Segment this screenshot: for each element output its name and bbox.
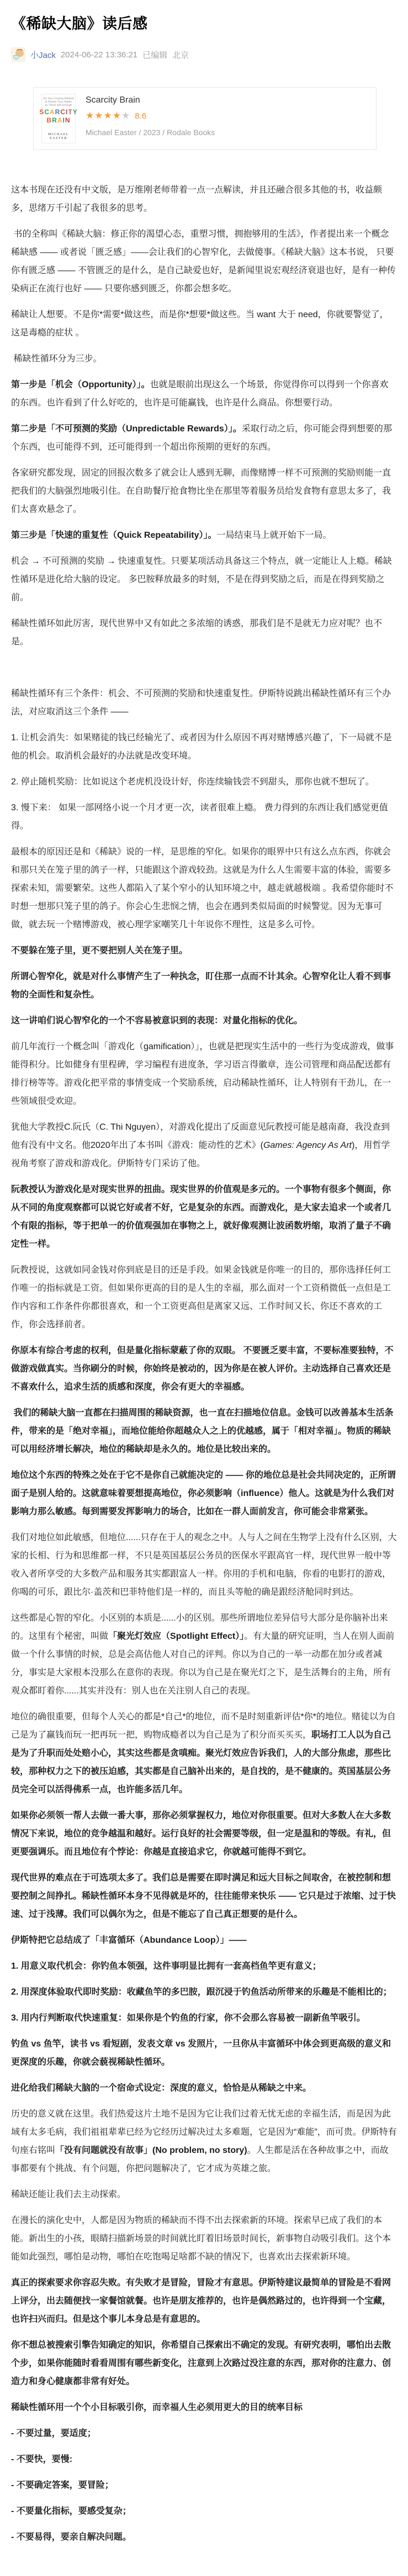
paragraph-text-run: 稀缺性循环有三个条件：机会、不可预测的奖励和快速重复性。伊斯特说跳出稀缺性循环有…	[11, 689, 391, 717]
paragraph: 书的全称叫《稀缺大脑：修正你的渴望心态，重塑习惯，拥抱够用的生活》，作者提出来一…	[11, 225, 397, 298]
post-location: 北京	[172, 49, 189, 61]
paragraph-text-run: 一局结束马上就开始下一局。	[217, 531, 332, 540]
paragraph: 历史的意义就在这里。我们热爱这片土地不是因为它让我们过着无忧无虑的幸福生活，而是…	[11, 2105, 397, 2178]
paragraph: 机会 → 不可预测的奖励 → 快速重复性。只要某项活动具备这三个特点，就一定能让…	[11, 552, 397, 607]
paragraph-bold-run: 如果你必须领一帮人去做一番大事，那你必须掌握权力，地位对你很重要。但对大多数人在…	[11, 1811, 391, 1857]
paragraph-text-run: 最根本的原因还是和《稀缺》说的一样，是思维的窄化。如果你的眼界中只有这么点东西，…	[11, 847, 393, 929]
paragraph: 前几年流行一个概念叫「游戏化（gamification）」，也就是把现实生活中的…	[11, 1038, 397, 1110]
paragraph: 在漫长的演化史中，人都是因为物质的稀缺而不得不出去探索新的环境。探索早已成了我们…	[11, 2211, 397, 2266]
paragraph: 我们对地位如此敏感，但地位......只存在于人的观念之中。人与人之间在生物学上…	[11, 1529, 397, 1601]
paragraph-text-run: 3. 慢下来： 如果一部网络小说一个月才更一次，读者很难上瘾。 费力得到的东西让…	[11, 803, 388, 831]
paragraph-text-run: 前几年流行一个概念叫「游戏化（gamification）」，也就是把现实生活中的…	[11, 1042, 394, 1106]
book-cover: Fix Your Craving Mindset & Rewire Your H…	[41, 94, 76, 143]
article-page: 《稀缺大脑》读后感 小Jack 2024-06-22 13:36:21 已编辑 …	[0, 0, 408, 2576]
book-title[interactable]: Scarcity Brain	[86, 95, 215, 106]
paragraph-bold-run: 稀缺性循环用一个个小目标吸引你，而幸福人生必须用更大的目的统率目标	[11, 2403, 303, 2412]
paragraph: - 不要量化指标，要感受复杂；	[11, 2502, 397, 2520]
paragraph: 稀缺性循环分为三步。	[11, 350, 397, 368]
paragraph-bold-run: 1. 用意义取代机会：你钓鱼本领强，这件事明显比拥有一套高档鱼竿更有意义；	[11, 1962, 321, 1971]
paragraph-bold-run: 所谓心智窄化，就是对什么事情产生了一种执念，盯住那一点而不计其余。心智窄化让人看…	[11, 972, 391, 1000]
paragraph-text-run: 书的全称叫《稀缺大脑：修正你的渴望心态，重塑习惯，拥抱够用的生活》，作者提出来一…	[11, 229, 396, 293]
paragraph: - 不要易得，要亲自解决问题。	[11, 2528, 397, 2546]
paragraph-bold-run: 钓鱼 vs 鱼竿，读书 vs 看短剧，发表文章 vs 发照片，一旦你从丰富循环中…	[11, 2039, 391, 2067]
book-card[interactable]: Fix Your Craving Mindset & Rewire Your H…	[33, 87, 377, 150]
paragraph: 1. 让机会消失：如果赌徒的钱已经输光了、或者因为什么原因不再对赌博感兴趣了，下…	[11, 729, 397, 765]
paragraph: 稀缺让人想要。不是你*需要*做这些，而是你*想要*做这些。当 want 大于 n…	[11, 306, 397, 342]
paragraph-spacer	[11, 659, 397, 677]
star-full-icon: ★	[113, 110, 121, 121]
paragraph-bold-run: 2. 用深度体验取代即时奖励：收藏鱼竿的多巴胺，跟沉浸于钓鱼活动所带来的乐趣是不…	[11, 1987, 392, 1997]
paragraph-text-run: 2. 停止随机奖励：比如说这个老虎机没设计好，你连续输钱尝不到甜头，那你也就不想…	[11, 777, 374, 787]
paragraph: 稀缺性循环用一个个小目标吸引你，而幸福人生必须用更大的目的统率目标	[11, 2398, 397, 2417]
paragraph-text-run: 我们对地位如此敏感，但地位......只存在于人的观念之中。人与人之间在生物学上…	[11, 1533, 397, 1597]
paragraph-bold-run: 第一步是「机会（Opportunity）」。	[11, 380, 150, 389]
paragraph-bold-run: 「聚光灯效应（Spotlight Effect）」	[108, 1632, 244, 1641]
cover-word-brain: BRAIN	[46, 116, 70, 125]
star-full-icon: ★	[94, 110, 103, 121]
book-info: Scarcity Brain ★★★★★ 8.6 Michael Easter …	[86, 94, 215, 143]
star-rating: ★★★★★	[86, 111, 130, 121]
cover-subtitle-line: to Thrive with Enough	[45, 104, 72, 107]
paragraph-bold-run: 我们的稀缺大脑一直都在扫描周围的稀缺资源，也一直在扫描地位信息。金钱可以改善基本…	[11, 1408, 393, 1454]
paragraph-bold-run: 你原本有综合考虑的权利，但是量化指标蒙蔽了你的双眼。 不要匮乏要丰富，不要标准要…	[11, 1346, 393, 1392]
paragraph-bold-run: 现代世界的难点在于可选项太多了。我们总是需要在即时满足和远大目标之间取舍，在被控…	[11, 1873, 396, 1919]
paragraph: 我们的稀缺大脑一直都在扫描周围的稀缺资源，也一直在扫描地位信息。金钱可以改善基本…	[11, 1404, 397, 1458]
cover-word-scarcity: SCARCITY	[39, 108, 77, 116]
paragraph-text-run: 稀缺性循环如此厉害，现代世界中又有如此之多浓缩的诱惑，那我们是不是就无力应对呢？…	[11, 619, 382, 646]
paragraph-bold-run: 伊斯特把它总结成了「丰富循环（Abundance Loop）」——	[11, 1936, 247, 1945]
paragraph-bold-run: 这一讲咱们说心智窄化的一个不容易被意识到的表现：对量化指标的优化。	[11, 1016, 303, 1025]
paragraph-bold-run: 第二步是「不可预测的奖励（Unpredictable Rewards）」。	[11, 424, 242, 434]
paragraph: 进化给我们稀缺大脑的一个宿命式设定：深度的意义，恰恰是从稀缺之中来。	[11, 2079, 397, 2097]
paragraph: 稀缺还能让我们去主动探索。	[11, 2185, 397, 2204]
post-meta: 小Jack 2024-06-22 13:36:21 已编辑 北京	[11, 47, 397, 62]
paragraph: 地位这个东西的特殊之处在于它不是你自己就能决定的 —— 你的地位总是社会共同决定…	[11, 1466, 397, 1521]
page-title: 《稀缺大脑》读后感	[11, 13, 397, 34]
paragraph-bold-run: - 不要过量，要适度；	[11, 2429, 96, 2438]
paragraph: 你原本有综合考虑的权利，但是量化指标蒙蔽了你的双眼。 不要匮乏要丰富，不要标准要…	[11, 1342, 397, 1396]
paragraph: - 不要快，要慢:	[11, 2450, 397, 2468]
paragraph-text-run: 1. 让机会消失：如果赌徒的钱已经输光了、或者因为什么原因不再对赌博感兴趣了，下…	[11, 733, 392, 761]
paragraph: 不要躲在笼子里，更不要把别人关在笼子里。	[11, 942, 397, 960]
paragraph: 如果你必须领一帮人去做一番大事，那你必须掌握权力，地位对你很重要。但对大多数人在…	[11, 1807, 397, 1861]
paragraph-bold-run: 阮教授认为游戏化是对现实世界的扭曲。现实世界的价值观是多元的。一个事物有很多个侧…	[11, 1185, 391, 1249]
paragraph-italic-run: Games: Agency As Art	[263, 1141, 352, 1150]
paragraph-text-run: 这本书现在还没有中文版，是万维刚老师带着一点一点解读，并且还融合很多其他的书，收…	[11, 185, 382, 213]
paragraph: 阮教授说，这就如同金钱对你到底是目的还是手段。如果金钱就是你唯一的目的，那你选择…	[11, 1261, 397, 1334]
avatar[interactable]	[11, 47, 25, 62]
cover-author: MICHAEL EASTER	[48, 133, 69, 141]
article-body: 这本书现在还没有中文版，是万维刚老师带着一点一点解读，并且还融合很多其他的书，收…	[11, 181, 397, 2546]
paragraph: 真正的探索要求你容忍失败。有失败才是冒险，冒险才有意思。伊斯特建议最简单的冒险是…	[11, 2274, 397, 2328]
paragraph: - 不要确定答案，要冒险；	[11, 2476, 397, 2494]
paragraph: 钓鱼 vs 鱼竿，读书 vs 看短剧，发表文章 vs 发照片，一旦你从丰富循环中…	[11, 2035, 397, 2071]
paragraph: 地位的确很重要，但每个人关心的都是*自己*的地位，而不是时刻重新评估*你*的地位…	[11, 1708, 397, 1799]
paragraph-bold-run: 职场打工人以为自己是为了升职而处处赔小心，其实这些都是贪嗔痴。聚光灯效应告诉我们…	[11, 1730, 391, 1794]
paragraph-text-run: 阮教授说，这就如同金钱对你到底是目的还是手段。如果金钱就是你唯一的目的，那你选择…	[11, 1265, 391, 1329]
paragraph-bold-run: 真正的探索要求你容忍失败。有失败才是冒险，冒险才有意思。伊斯特建议最简单的冒险是…	[11, 2278, 391, 2324]
paragraph-text-run: 稀缺性循环分为三步。	[11, 354, 102, 364]
post-timestamp: 2024-06-22 13:36:21	[61, 50, 137, 60]
paragraph: 犹他大学教授C.阮氏（C. Thi Nguyen），对游戏化提出了反面意见阮教授…	[11, 1118, 397, 1173]
paragraph: 2. 停止随机奖励：比如说这个老虎机没设计好，你连续输钱尝不到甜头，那你也就不想…	[11, 773, 397, 791]
author-link[interactable]: 小Jack	[30, 49, 56, 61]
paragraph: 阮教授认为游戏化是对现实世界的扭曲。现实世界的价值观是多元的。一个事物有很多个侧…	[11, 1180, 397, 1253]
paragraph: 这本书现在还没有中文版，是万维刚老师带着一点一点解读，并且还融合很多其他的书，收…	[11, 181, 397, 217]
paragraph: - 不要过量，要适度；	[11, 2424, 397, 2443]
star-full-icon: ★	[86, 110, 94, 121]
paragraph: 所谓心智窄化，就是对什么事情产生了一种执念，盯住那一点而不计其余。心智窄化让人看…	[11, 968, 397, 1004]
paragraph-bold-run: - 不要量化指标，要感受复杂；	[11, 2506, 131, 2516]
paragraph: 第三步是「快速的重复性（Quick Repeatability）」。一局结束马上…	[11, 526, 397, 544]
paragraph-text-run: 机会 → 不可预测的奖励 → 快速重复性。只要某项活动具备这三个特点，就一定能让…	[11, 557, 392, 602]
paragraph: 最根本的原因还是和《稀缺》说的一样，是思维的窄化。如果你的眼界中只有这么点东西，…	[11, 843, 397, 934]
teacup-icon	[13, 55, 19, 60]
paragraph: 稀缺性循环如此厉害，现代世界中又有如此之多浓缩的诱惑，那我们是不是就无力应对呢？…	[11, 614, 397, 651]
paragraph: 各家研究都发现，固定的回报次数多了就会让人感到无聊，而像赌博一样不可预测的奖励则…	[11, 464, 397, 519]
paragraph: 第二步是「不可预测的奖励（Unpredictable Rewards）」。采取行…	[11, 420, 397, 456]
paragraph-bold-run: 不要躲在笼子里，更不要把别人关在笼子里。	[11, 946, 188, 955]
paragraph: 这些都是心智的窄化。小区别的本质是......小的区别。那些所谓地位差异信号大部…	[11, 1609, 397, 1700]
paragraph-text-run: 稀缺让人想要。不是你*需要*做这些，而是你*想要*做这些。当 want 大于 n…	[11, 310, 389, 338]
edited-badge: 已编辑	[142, 49, 167, 61]
paragraph-text-run: 。有大量的研究证明，当人在别人面前做一个什么事情的时候，总是会高估他人对自己的评…	[11, 1632, 394, 1696]
paragraph: 伊斯特把它总结成了「丰富循环（Abundance Loop）」——	[11, 1931, 397, 1949]
paragraph: 这一讲咱们说心智窄化的一个不容易被意识到的表现：对量化指标的优化。	[11, 1012, 397, 1030]
star-empty-icon: ★	[121, 110, 130, 121]
paragraph-bold-run: - 不要确定答案，要冒险；	[11, 2481, 114, 2490]
star-full-icon: ★	[104, 110, 113, 121]
paragraph-text-run: 稀缺还能让我们去主动探索。	[11, 2190, 126, 2199]
paragraph: 3. 用内行判断取代快速重复：如果你是个钓鱼的行家，你不会那么容易被一副新鱼竿吸…	[11, 2009, 397, 2027]
paragraph-bold-run: 你不想总被搜索引擎告知确定的知识，你希望自己探索出不确定的发现。有研究表明，哪怕…	[11, 2340, 391, 2386]
paragraph: 你不想总被搜索引擎告知确定的知识，你希望自己探索出不确定的发现。有研究表明，哪怕…	[11, 2336, 397, 2391]
book-rating-row: ★★★★★ 8.6	[86, 111, 215, 121]
paragraph: 第一步是「机会（Opportunity）」。也就是眼前出现这么一个场景，你觉得你…	[11, 376, 397, 412]
paragraph: 现代世界的难点在于可选项太多了。我们总是需要在即时满足和远大目标之间取舍，在被控…	[11, 1869, 397, 1923]
book-byline: Michael Easter / 2023 / Rodale Books	[86, 128, 215, 137]
paragraph-bold-run: 「没有问题就没有故事」(No problem, no story)	[55, 2146, 247, 2155]
paragraph: 1. 用意义取代机会：你钓鱼本领强，这件事明显比拥有一套高档鱼竿更有意义；	[11, 1957, 397, 1975]
paragraph-bold-run: 3. 用内行判断取代快速重复：如果你是个钓鱼的行家，你不会那么容易被一副新鱼竿吸…	[11, 2013, 365, 2023]
paragraph: 稀缺性循环有三个条件：机会、不可预测的奖励和快速重复性。伊斯特说跳出稀缺性循环有…	[11, 685, 397, 721]
paragraph-bold-run: - 不要易得，要亲自解决问题。	[11, 2532, 131, 2542]
paragraph-text-run: 各家研究都发现，固定的回报次数多了就会让人感到无聊，而像赌博一样不可预测的奖励则…	[11, 468, 391, 514]
paragraph: 3. 慢下来： 如果一部网络小说一个月才更一次，读者很难上瘾。 费力得到的东西让…	[11, 799, 397, 835]
rating-value: 8.6	[135, 111, 146, 121]
paragraph-text-run: 在漫长的演化史中，人都是因为物质的稀缺而不得不出去探索新的环境。探索早已成了我们…	[11, 2216, 391, 2262]
paragraph-bold-run: 进化给我们稀缺大脑的一个宿命式设定：深度的意义，恰恰是从稀缺之中来。	[11, 2083, 311, 2093]
paragraph-bold-run: 地位这个东西的特殊之处在于它不是你自己就能决定的 —— 你的地位总是社会共同决定…	[11, 1471, 396, 1516]
paragraph-bold-run: 第三步是「快速的重复性（Quick Repeatability）」。	[11, 531, 217, 540]
paragraph-bold-run: - 不要快，要慢:	[11, 2455, 72, 2464]
paragraph: 2. 用深度体验取代即时奖励：收藏鱼竿的多巴胺，跟沉浸于钓鱼活动所带来的乐趣是不…	[11, 1983, 397, 2001]
